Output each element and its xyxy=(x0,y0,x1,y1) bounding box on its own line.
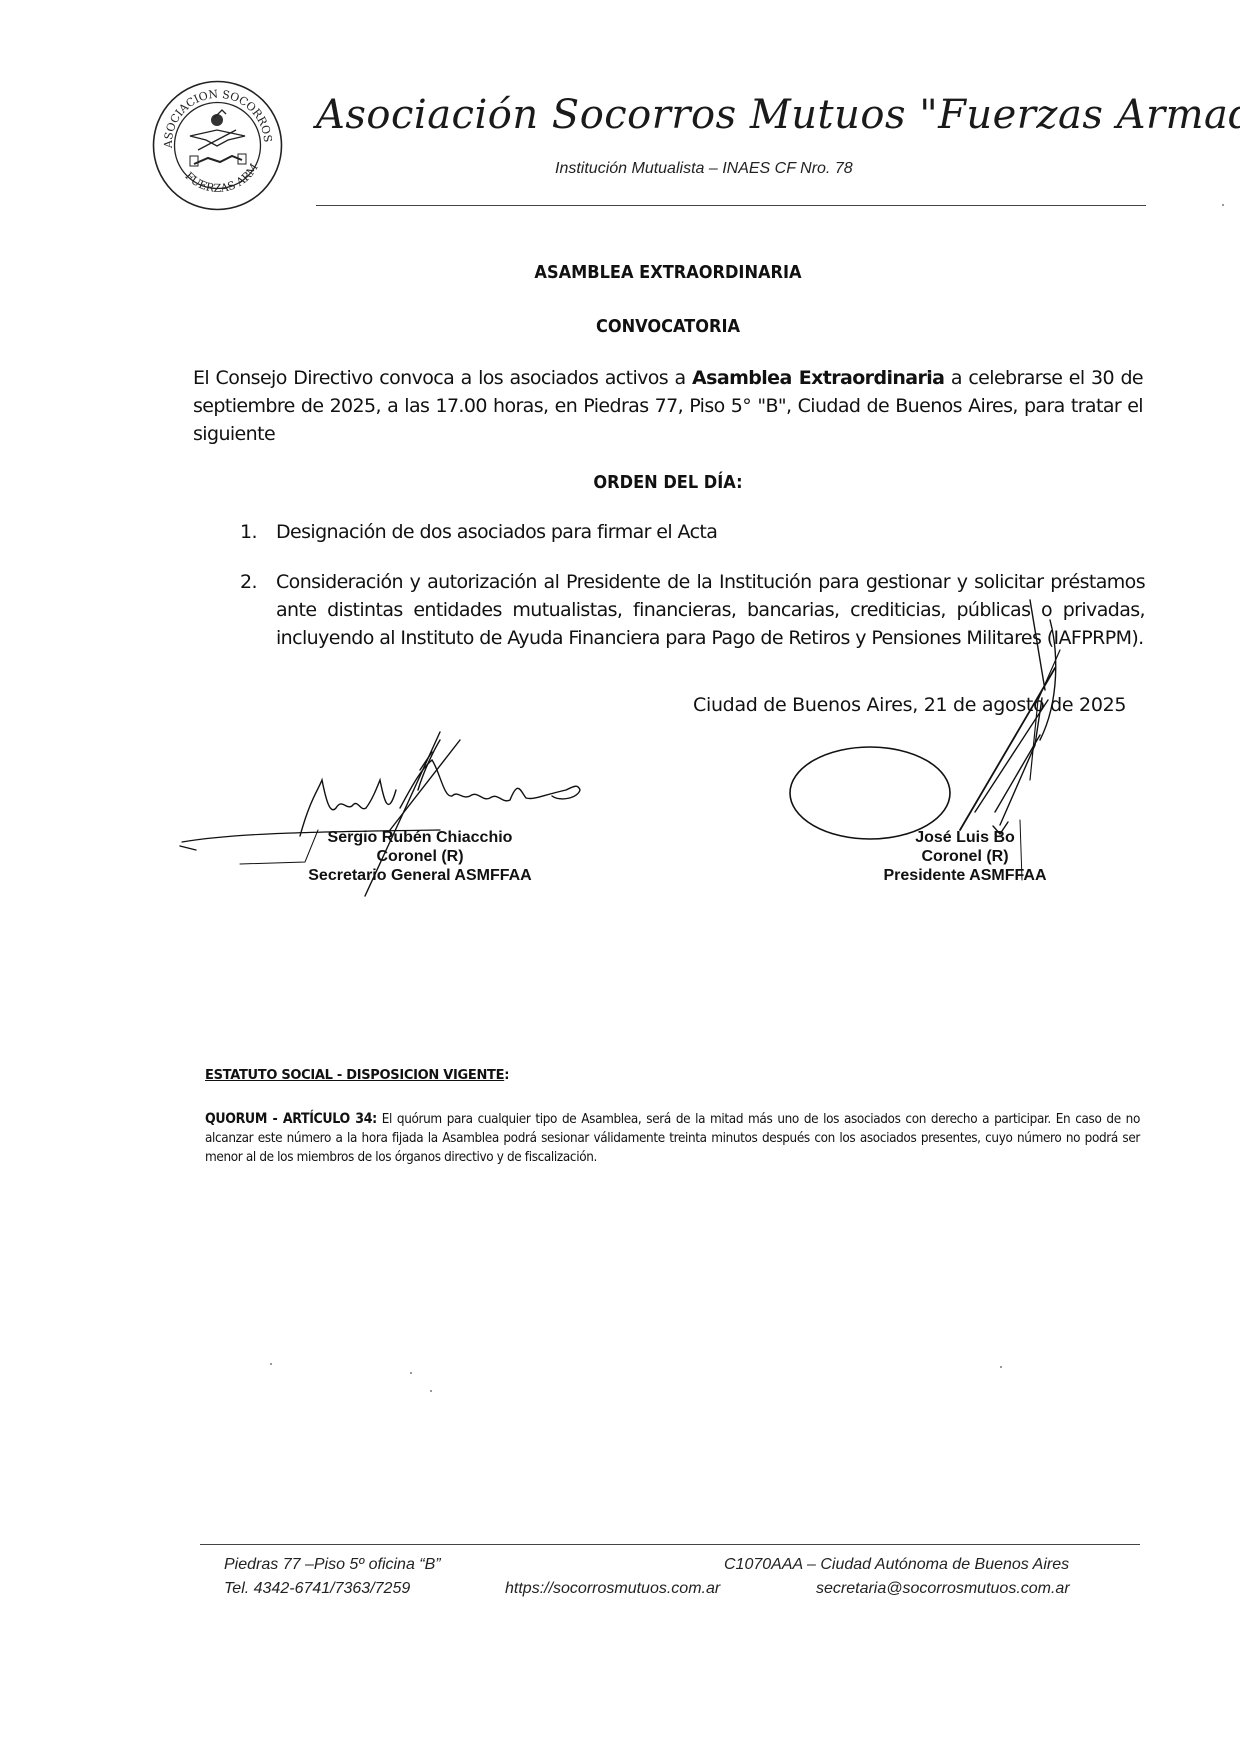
scan-speck xyxy=(430,1390,432,1392)
article-label: QUORUM - ARTÍCULO 34: xyxy=(205,1111,377,1127)
quorum-article: QUORUM - ARTÍCULO 34: El quórum para cua… xyxy=(205,1110,1140,1167)
signatory-role: Presidente ASMFFAA xyxy=(840,866,1090,885)
association-name-title: Asociación Socorros Mutuos "Fuerzas Arma… xyxy=(316,92,1240,138)
agenda-list-item: 2. Consideración y autorización al Presi… xyxy=(240,568,1145,652)
statute-title: ESTATUTO SOCIAL - DISPOSICION VIGENTE xyxy=(205,1068,504,1083)
statute-title-colon: : xyxy=(504,1068,509,1083)
footer-email-link[interactable]: secretaria@socorrosmutuos.com.ar xyxy=(816,1580,1070,1598)
scan-speck xyxy=(410,1372,412,1374)
signatory-name: Sergio Rubén Chiacchio xyxy=(260,828,580,847)
convocation-paragraph: El Consejo Directivo convoca a los asoci… xyxy=(193,364,1143,448)
agenda-item-number: 2. xyxy=(240,568,257,596)
footer-postal-city: C1070AAA – Ciudad Autónoma de Buenos Air… xyxy=(724,1556,1069,1574)
institution-registration-subtitle: Institución Mutualista – INAES CF Nro. 7… xyxy=(555,160,853,178)
scan-speck xyxy=(1000,1366,1002,1368)
seal-top-text: ASOCIACION SOCORROS MUTUOS xyxy=(150,78,274,149)
agenda-item-text: Consideración y autorización al Presiden… xyxy=(276,571,1145,649)
signatory-rank: Coronel (R) xyxy=(840,847,1090,866)
agenda-item-text: Designación de dos asociados para firmar… xyxy=(276,521,717,543)
association-seal-logo: ASOCIACION SOCORROS MUTUOS FUERZAS ARMAD… xyxy=(150,78,285,213)
statute-heading: ESTATUTO SOCIAL - DISPOSICION VIGENTE: xyxy=(205,1068,509,1083)
intro-text-bold: Asamblea Extraordinaria xyxy=(692,367,944,389)
agenda-title: ORDEN DEL DÍA: xyxy=(0,472,1240,493)
document-subheading: CONVOCATORIA xyxy=(0,316,1240,337)
svg-text:ASOCIACION SOCORROS MUTUOS: ASOCIACION SOCORROS MUTUOS xyxy=(150,78,274,149)
place-and-date: Ciudad de Buenos Aires, 21 de agosto de … xyxy=(693,694,1126,716)
document-heading: ASAMBLEA EXTRAORDINARIA xyxy=(0,262,1240,283)
agenda-item-number: 1. xyxy=(240,518,257,546)
footer-phone: Tel. 4342-6741/7363/7259 xyxy=(224,1580,410,1598)
header-divider xyxy=(316,205,1146,206)
agenda-list-item: 1. Designación de dos asociados para fir… xyxy=(240,518,1145,546)
signatory-role: Secretario General ASMFFAA xyxy=(260,866,580,885)
scan-speck xyxy=(270,1363,272,1365)
signatory-rank: Coronel (R) xyxy=(260,847,580,866)
footer-website-link[interactable]: https://socorrosmutuos.com.ar xyxy=(505,1580,720,1598)
intro-text-start: El Consejo Directivo convoca a los asoci… xyxy=(193,367,692,389)
footer-address: Piedras 77 –Piso 5º oficina “B” xyxy=(224,1556,441,1574)
signature-secretary: Sergio Rubén Chiacchio Coronel (R) Secre… xyxy=(260,828,580,885)
signature-president: José Luis Bo Coronel (R) Presidente ASMF… xyxy=(840,828,1090,885)
signatory-name: José Luis Bo xyxy=(840,828,1090,847)
scan-speck xyxy=(1222,204,1224,206)
footer-divider xyxy=(200,1544,1140,1545)
